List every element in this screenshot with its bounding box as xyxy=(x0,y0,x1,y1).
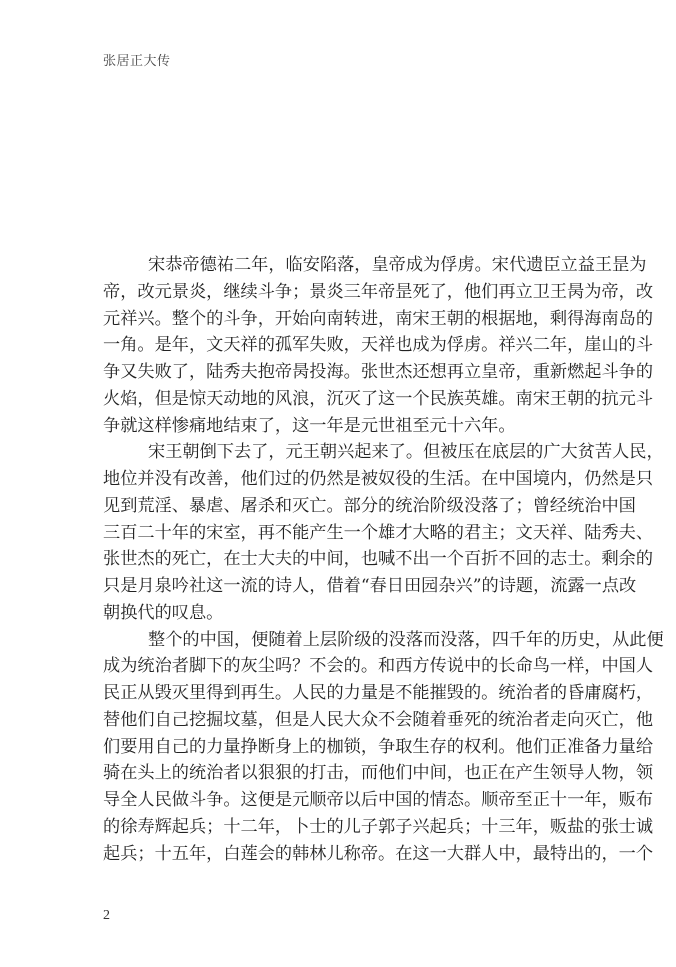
text-line: 的徐寿辉起兵；十二年，卜士的儿子郭子兴起兵；十三年，贩盐的张士诚 xyxy=(103,814,579,841)
text-line: 替他们自己挖掘坟墓，但是人民大众不会随着垂死的统治者走向灭亡，他 xyxy=(103,707,579,734)
paragraph-1: 宋恭帝德祐二年，临安陷落，皇帝成为俘虏。宋代遗臣立益王昰为 帝，改元景炎，继续斗… xyxy=(103,252,579,439)
text-line: 整个的中国，便随着上层阶级的没落而没落，四千年的历史，从此便 xyxy=(103,627,579,654)
text-line: 导全人民做斗争。这便是元顺帝以后中国的情态。顺帝至正十一年，贩布 xyxy=(103,787,579,814)
text-line: 帝，改元景炎，继续斗争；景炎三年帝昰死了，他们再立卫王昺为帝，改 xyxy=(103,279,579,306)
text-line: 宋恭帝德祐二年，临安陷落，皇帝成为俘虏。宋代遗臣立益王昰为 xyxy=(103,252,579,279)
text-line: 们要用自己的力量挣断身上的枷锁，争取生存的权利。他们正准备力量给 xyxy=(103,734,579,761)
text-line: 火焰，但是惊天动地的风浪，沉灭了这一个民族英雄。南宋王朝的抗元斗 xyxy=(103,386,579,413)
text-line: 起兵；十五年，白莲会的韩林儿称帝。在这一大群人中，最特出的，一个 xyxy=(103,841,579,868)
paragraph-2: 宋王朝倒下去了，元王朝兴起来了。但被压在底层的广大贫苦人民， 地位并没有改善，他… xyxy=(103,439,579,626)
body-text: 宋恭帝德祐二年，临安陷落，皇帝成为俘虏。宋代遗臣立益王昰为 帝，改元景炎，继续斗… xyxy=(103,252,579,867)
text-line: 宋王朝倒下去了，元王朝兴起来了。但被压在底层的广大贫苦人民， xyxy=(103,439,579,466)
text-line: 元祥兴。整个的斗争，开始向南转进，南宋王朝的根据地，剩得海南岛的 xyxy=(103,306,579,333)
page-number: 2 xyxy=(103,908,110,924)
text-line: 朝换代的叹息。 xyxy=(103,600,579,627)
text-line: 争就这样惨痛地结束了，这一年是元世祖至元十六年。 xyxy=(103,413,579,440)
text-line: 民正从毁灭里得到再生。人民的力量是不能摧毁的。统治者的昏庸腐朽， xyxy=(103,680,579,707)
running-header-title: 张居正大传 xyxy=(103,50,171,69)
text-line: 成为统治者脚下的灰尘吗？不会的。和西方传说中的长命鸟一样，中国人 xyxy=(103,653,579,680)
text-line: 张世杰的死亡，在士大夫的中间，也喊不出一个百折不回的志士。剩余的 xyxy=(103,546,579,573)
text-line: 见到荒淫、暴虐、屠杀和灭亡。部分的统治阶级没落了；曾经统治中国 xyxy=(103,493,579,520)
text-line: 三百二十年的宋室，再不能产生一个雄才大略的君主；文天祥、陆秀夫、 xyxy=(103,520,579,547)
text-line: 一角。是年，文天祥的孤军失败，天祥也成为俘虏。祥兴二年，崖山的斗 xyxy=(103,332,579,359)
text-line: 争又失败了，陆秀夫抱帝昺投海。张世杰还想再立皇帝，重新燃起斗争的 xyxy=(103,359,579,386)
text-line: 骑在头上的统治者以狠狠的打击，而他们中间，也正在产生领导人物，领 xyxy=(103,760,579,787)
text-line: 地位并没有改善，他们过的仍然是被奴役的生活。在中国境内，仍然是只 xyxy=(103,466,579,493)
paragraph-3: 整个的中国，便随着上层阶级的没落而没落，四千年的历史，从此便 成为统治者脚下的灰… xyxy=(103,627,579,868)
text-line: 只是月泉吟社这一流的诗人，借着“春日田园杂兴”的诗题，流露一点改 xyxy=(103,573,579,600)
